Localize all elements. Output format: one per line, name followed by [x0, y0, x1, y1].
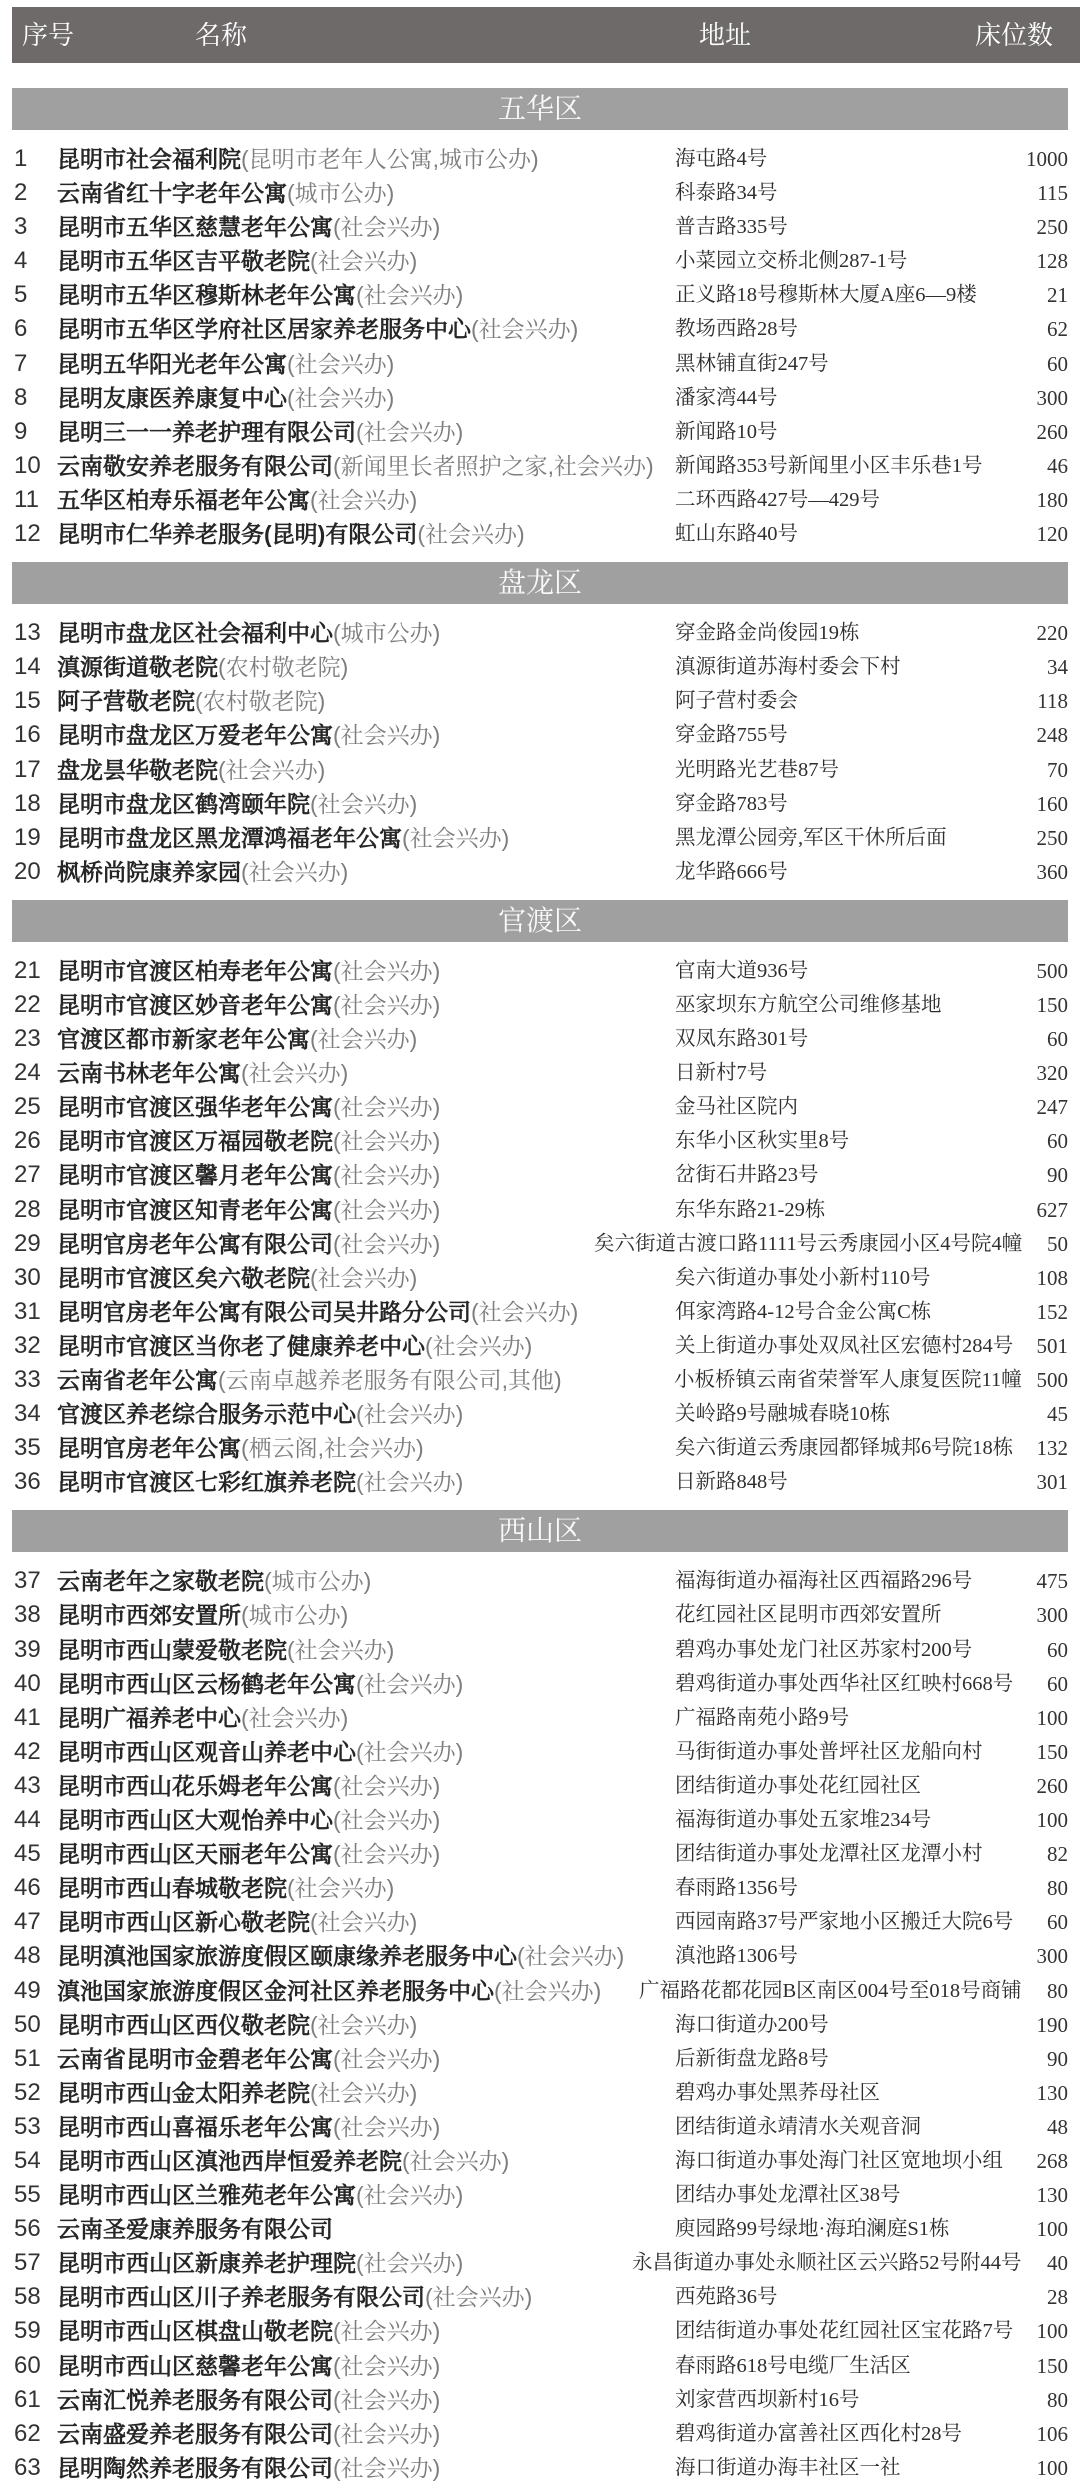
bed-count: 100 [1037, 2451, 1069, 2485]
row-number: 62 [14, 2417, 41, 2451]
facility-name: 昆明市西山喜福乐老年公寓(社会兴办) [57, 2110, 440, 2144]
facility-address: 滇池路1306号 [675, 1939, 798, 1973]
row-number: 6 [14, 312, 27, 346]
facility-name-main: 云南省昆明市金碧老年公寓 [57, 2046, 333, 2072]
facility-name: 官渡区养老综合服务示范中心(社会兴办) [57, 1397, 463, 1431]
column-header-name: 名称 [195, 7, 247, 63]
facility-address: 官南大道936号 [675, 954, 808, 988]
facility-type-note: (新闻里长者照护之家,社会兴办) [333, 453, 654, 479]
row-number: 47 [14, 1905, 41, 1939]
row-number: 27 [14, 1158, 41, 1192]
facility-name: 昆明市西郊安置所(城市公办) [57, 1598, 348, 1632]
table-row: 18昆明市盘龙区鹤湾颐年院(社会兴办)穿金路783号160 [0, 787, 1080, 821]
facility-name: 昆明市盘龙区万爱老年公寓(社会兴办) [57, 718, 440, 752]
bed-count: 115 [1037, 176, 1068, 210]
facility-name: 昆明市西山区滇池西岸恒爱养老院(社会兴办) [57, 2144, 509, 2178]
facility-type-note: (社会兴办) [241, 1705, 348, 1731]
bed-count: 60 [1047, 1905, 1068, 1939]
table-row: 19昆明市盘龙区黑龙潭鸿福老年公寓(社会兴办)黑龙潭公园旁,军区干休所后面250 [0, 821, 1080, 855]
table-row: 47昆明市西山区新心敬老院(社会兴办)西园南路37号严家地小区搬迁大院6号60 [0, 1905, 1080, 1939]
facility-type-note: (城市公办) [287, 180, 394, 206]
facility-name: 昆明市官渡区柏寿老年公寓(社会兴办) [57, 954, 440, 988]
facility-address: 刘家营西坝新村16号 [675, 2383, 860, 2417]
row-number: 23 [14, 1022, 41, 1056]
facility-type-note: (社会兴办) [333, 1231, 440, 1257]
row-number: 30 [14, 1261, 41, 1295]
facility-address: 滇源街道苏海村委会下村 [675, 650, 901, 684]
table-row: 50昆明市西山区西仪敬老院(社会兴办)海口街道办200号190 [0, 2008, 1080, 2042]
facility-name-main: 云南省老年公寓 [57, 1367, 218, 1393]
facility-address: 东华东路21-29栋 [675, 1193, 825, 1227]
facility-name: 云南盛爱养老服务有限公司(社会兴办) [57, 2417, 440, 2451]
facility-address: 日新路848号 [675, 1465, 788, 1499]
facility-type-note: (社会兴办) [402, 825, 509, 851]
facility-address: 广福路花都花园B区南区004号至018号商铺 [639, 1974, 1022, 2008]
facility-type-note: (社会兴办) [310, 248, 417, 274]
facility-type-note: (社会兴办) [310, 2080, 417, 2106]
facility-name: 昆明市西山区观音山养老中心(社会兴办) [57, 1735, 463, 1769]
row-number: 28 [14, 1193, 41, 1227]
facility-address: 佴家湾路4-12号合金公寓C栋 [675, 1295, 931, 1329]
bed-count: 150 [1037, 2349, 1069, 2383]
facility-name-main: 昆明陶然养老服务有限公司 [57, 2455, 333, 2481]
facility-name: 云南老年之家敬老院(城市公办) [57, 1564, 371, 1598]
facility-name-main: 昆明市西山区兰雅苑老年公寓 [57, 2182, 356, 2208]
facility-name-main: 昆明市西山区慈馨老年公寓 [57, 2353, 333, 2379]
facility-type-note: (社会兴办) [287, 1637, 394, 1663]
column-header-beds: 床位数 [975, 7, 1053, 63]
facility-type-note: (社会兴办) [310, 487, 417, 513]
table-row: 22昆明市官渡区妙音老年公寓(社会兴办)巫家坝东方航空公司维修基地150 [0, 988, 1080, 1022]
row-number: 14 [14, 650, 41, 684]
table-row: 36昆明市官渡区七彩红旗养老院(社会兴办)日新路848号301 [0, 1465, 1080, 1499]
bed-count: 100 [1037, 1803, 1069, 1837]
bed-count: 500 [1037, 1363, 1069, 1397]
row-number: 60 [14, 2349, 41, 2383]
table-row: 12昆明市仁华养老服务(昆明)有限公司(社会兴办)虹山东路40号120 [0, 517, 1080, 551]
facility-type-note: (社会兴办) [310, 1026, 417, 1052]
facility-name: 云南省红十字老年公寓(城市公办) [57, 176, 394, 210]
facility-type-note: (社会兴办) [310, 791, 417, 817]
facility-address: 海口街道办200号 [675, 2008, 829, 2042]
facility-address: 团结街道办事处龙潭社区龙潭小村 [675, 1837, 983, 1871]
facility-type-note: (社会兴办) [287, 1875, 394, 1901]
facility-address: 碧鸡办事处黑荞母社区 [675, 2076, 880, 2110]
facility-name-main: 云南书林老年公寓 [57, 1060, 241, 1086]
row-number: 63 [14, 2451, 41, 2485]
bed-count: 150 [1037, 988, 1069, 1022]
facility-name-main: 昆明市西郊安置所 [57, 1602, 241, 1628]
row-number: 15 [14, 684, 41, 718]
facility-type-note: (社会兴办) [310, 1909, 417, 1935]
table-row: 61云南汇悦养老服务有限公司(社会兴办)刘家营西坝新村16号80 [0, 2383, 1080, 2417]
row-number: 54 [14, 2144, 41, 2178]
facility-name: 昆明市西山区天丽老年公寓(社会兴办) [57, 1837, 440, 1871]
bed-count: 320 [1037, 1056, 1069, 1090]
facility-name-main: 昆明市官渡区万福园敬老院 [57, 1128, 333, 1154]
facility-address: 龙华路666号 [675, 855, 788, 889]
row-number: 24 [14, 1056, 41, 1090]
facility-name: 昆明市仁华养老服务(昆明)有限公司(社会兴办) [57, 517, 525, 551]
bed-count: 130 [1037, 2178, 1069, 2212]
facility-type-note: (社会兴办) [333, 2318, 440, 2344]
facility-name: 昆明广福养老中心(社会兴办) [57, 1701, 348, 1735]
facility-address: 双凤东路301号 [675, 1022, 808, 1056]
bed-count: 48 [1047, 2110, 1068, 2144]
facility-name-main: 昆明市官渡区知青老年公寓 [57, 1197, 333, 1223]
facility-type-note: (社会兴办) [417, 521, 524, 547]
facility-address: 福海街道办事处五家堆234号 [675, 1803, 931, 1837]
table-row: 11五华区柏寿乐福老年公寓(社会兴办)二环西路427号—429号180 [0, 483, 1080, 517]
facility-address: 矣六街道办事处小新村110号 [675, 1261, 931, 1295]
facility-name-main: 昆明市官渡区强华老年公寓 [57, 1094, 333, 1120]
column-header-no: 序号 [22, 7, 74, 63]
row-number: 59 [14, 2314, 41, 2348]
table-row: 58昆明市西山区川子养老服务有限公司(社会兴办)西苑路36号28 [0, 2280, 1080, 2314]
row-number: 45 [14, 1837, 41, 1871]
table-row: 57昆明市西山区新康养老护理院(社会兴办)永昌街道办事处永顺社区云兴路52号附4… [0, 2246, 1080, 2280]
facility-name-main: 云南老年之家敬老院 [57, 1568, 264, 1594]
facility-address: 碧鸡办事处龙门社区苏家村200号 [675, 1633, 972, 1667]
facility-address: 矣六街道古渡口路1111号云秀康园小区4号院4幢 [594, 1227, 1022, 1261]
row-number: 40 [14, 1667, 41, 1701]
table-row: 31昆明官房老年公寓有限公司吴井路分公司(社会兴办)佴家湾路4-12号合金公寓C… [0, 1295, 1080, 1329]
bed-count: 90 [1047, 1158, 1068, 1192]
facility-name: 昆明市盘龙区黑龙潭鸿福老年公寓(社会兴办) [57, 821, 509, 855]
facility-address: 春雨路618号电缆厂生活区 [675, 2349, 911, 2383]
facility-type-note: (社会兴办) [425, 2284, 532, 2310]
facility-name-main: 云南盛爱养老服务有限公司 [57, 2421, 333, 2447]
facility-address: 团结街道永靖清水关观音洞 [675, 2110, 921, 2144]
facility-address: 潘家湾44号 [675, 381, 778, 415]
facility-type-note: (社会兴办) [471, 1299, 578, 1325]
district-rows: 13昆明市盘龙区社会福利中心(城市公办)穿金路金尚俊园19栋22014滇源街道敬… [0, 604, 1080, 889]
district-rows: 1昆明市社会福利院(昆明市老年人公寓,城市公办)海屯路4号10002云南省红十字… [0, 130, 1080, 551]
facility-type-note: (社会兴办) [333, 958, 440, 984]
row-number: 44 [14, 1803, 41, 1837]
facility-type-note: (昆明市老年人公寓,城市公办) [241, 146, 539, 172]
row-number: 18 [14, 787, 41, 821]
district-header: 官渡区 [12, 900, 1068, 942]
facility-address: 春雨路1356号 [675, 1871, 798, 1905]
table-row: 35昆明官房老年公寓(栖云阁,社会兴办)矣六街道云秀康园都铎城邦6号院18栋13… [0, 1431, 1080, 1465]
facility-type-note: (社会兴办) [333, 1128, 440, 1154]
facility-name: 昆明市官渡区馨月老年公寓(社会兴办) [57, 1158, 440, 1192]
row-number: 13 [14, 616, 41, 650]
bed-count: 21 [1047, 278, 1068, 312]
facility-type-note: (社会兴办) [333, 214, 440, 240]
facility-name-main: 昆明市西山区滇池西岸恒爱养老院 [57, 2148, 402, 2174]
facility-name: 云南省昆明市金碧老年公寓(社会兴办) [57, 2042, 440, 2076]
row-number: 21 [14, 954, 41, 988]
bed-count: 152 [1037, 1295, 1069, 1329]
table-row: 62云南盛爱养老服务有限公司(社会兴办)碧鸡街道办富善社区西化村28号106 [0, 2417, 1080, 2451]
table-row: 34官渡区养老综合服务示范中心(社会兴办)关岭路9号融城春晓10栋45 [0, 1397, 1080, 1431]
facility-address: 永昌街道办事处永顺社区云兴路52号附44号 [632, 2246, 1022, 2280]
table-row: 46昆明市西山春城敬老院(社会兴办)春雨路1356号80 [0, 1871, 1080, 1905]
facility-type-note: (栖云阁,社会兴办) [241, 1435, 424, 1461]
facility-address: 花红园社区昆明市西郊安置所 [675, 1598, 942, 1632]
table-row: 44昆明市西山区大观怡养中心(社会兴办)福海街道办事处五家堆234号100 [0, 1803, 1080, 1837]
facility-name: 昆明市官渡区妙音老年公寓(社会兴办) [57, 988, 440, 1022]
facility-name-main: 昆明市西山蒙爱敬老院 [57, 1637, 287, 1663]
facility-type-note: (社会兴办) [333, 2046, 440, 2072]
bed-count: 46 [1047, 449, 1068, 483]
facility-name-main: 昆明市五华区穆斯林老年公寓 [57, 282, 356, 308]
facility-name-main: 昆明市官渡区七彩红旗养老院 [57, 1469, 356, 1495]
row-number: 10 [14, 449, 41, 483]
facility-name: 昆明市官渡区万福园敬老院(社会兴办) [57, 1124, 440, 1158]
bed-count: 90 [1047, 2042, 1068, 2076]
facility-type-note: (社会兴办) [356, 1469, 463, 1495]
facility-address: 广福路南苑小路9号 [675, 1701, 849, 1735]
facility-address: 海屯路4号 [675, 142, 767, 176]
district-header: 西山区 [12, 1510, 1068, 1552]
facility-name: 云南汇悦养老服务有限公司(社会兴办) [57, 2383, 440, 2417]
facility-type-note: (社会兴办) [310, 2012, 417, 2038]
row-number: 35 [14, 1431, 41, 1465]
facility-type-note: (城市公办) [333, 620, 440, 646]
bed-count: 247 [1037, 1090, 1069, 1124]
facility-name-main: 昆明市五华区慈慧老年公寓 [57, 214, 333, 240]
facility-address: 普吉路335号 [675, 210, 788, 244]
facility-name: 昆明市西山区新康养老护理院(社会兴办) [57, 2246, 463, 2280]
table-row: 30昆明市官渡区矣六敬老院(社会兴办)矣六街道办事处小新村110号108 [0, 1261, 1080, 1295]
facility-name: 昆明官房老年公寓(栖云阁,社会兴办) [57, 1431, 424, 1465]
facility-type-note: (社会兴办) [333, 2455, 440, 2481]
row-number: 52 [14, 2076, 41, 2110]
bed-count: 130 [1037, 2076, 1069, 2110]
facility-name-main: 昆明市西山区天丽老年公寓 [57, 1841, 333, 1867]
facility-name-main: 昆明市五华区学府社区居家养老服务中心 [57, 316, 471, 342]
table-row: 5昆明市五华区穆斯林老年公寓(社会兴办)正义路18号穆斯林大厦A座6—9楼21 [0, 278, 1080, 312]
bed-count: 248 [1037, 718, 1069, 752]
row-number: 5 [14, 278, 27, 312]
column-header-address: 地址 [699, 7, 751, 63]
facility-name-main: 昆明市西山区西仪敬老院 [57, 2012, 310, 2038]
table-row: 59昆明市西山区棋盘山敬老院(社会兴办)团结街道办事处花红园社区宝花路7号100 [0, 2314, 1080, 2348]
table-row: 27昆明市官渡区馨月老年公寓(社会兴办)岔街石井路23号90 [0, 1158, 1080, 1192]
bed-count: 60 [1047, 1124, 1068, 1158]
facility-type-note: (社会兴办) [333, 1094, 440, 1120]
facility-type-note: (社会兴办) [218, 757, 325, 783]
facility-name: 昆明市五华区穆斯林老年公寓(社会兴办) [57, 278, 463, 312]
facility-name: 昆明市官渡区强华老年公寓(社会兴办) [57, 1090, 440, 1124]
facility-name: 云南省老年公寓(云南卓越养老服务有限公司,其他) [57, 1363, 562, 1397]
facility-name: 昆明市社会福利院(昆明市老年人公寓,城市公办) [57, 142, 539, 176]
facility-name-main: 昆明市盘龙区万爱老年公寓 [57, 722, 333, 748]
district-section: 盘龙区13昆明市盘龙区社会福利中心(城市公办)穿金路金尚俊园19栋22014滇源… [0, 562, 1080, 889]
row-number: 2 [14, 176, 27, 210]
facility-type-note: (社会兴办) [402, 2148, 509, 2174]
facility-name: 云南书林老年公寓(社会兴办) [57, 1056, 348, 1090]
bed-count: 82 [1047, 1837, 1068, 1871]
row-number: 7 [14, 347, 27, 381]
table-row: 24云南书林老年公寓(社会兴办)日新村7号320 [0, 1056, 1080, 1090]
facility-name-main: 昆明市西山区棋盘山敬老院 [57, 2318, 333, 2344]
row-number: 55 [14, 2178, 41, 2212]
facility-address: 福海街道办福海社区西福路296号 [675, 1564, 972, 1598]
facility-type-note: (社会兴办) [356, 2182, 463, 2208]
facility-address: 团结街道办事处花红园社区宝花路7号 [675, 2314, 1013, 2348]
table-row: 33云南省老年公寓(云南卓越养老服务有限公司,其他)小板桥镇云南省荣誉军人康复医… [0, 1363, 1080, 1397]
facility-name: 云南圣爱康养服务有限公司 [57, 2212, 333, 2246]
facility-type-note: (社会兴办) [333, 722, 440, 748]
facility-name: 阿子营敬老院(农村敬老院) [57, 684, 325, 718]
facility-name-main: 昆明市西山花乐姆老年公寓 [57, 1773, 333, 1799]
facility-type-note: (社会兴办) [333, 1807, 440, 1833]
facility-address: 团结街道办事处花红园社区 [675, 1769, 921, 1803]
row-number: 50 [14, 2008, 41, 2042]
table-header: 序号 名称 地址 床位数 [12, 7, 1080, 63]
table-row: 49滇池国家旅游度假区金河社区养老服务中心(社会兴办)广福路花都花园B区南区00… [0, 1974, 1080, 2008]
table-row: 2云南省红十字老年公寓(城市公办)科泰路34号115 [0, 176, 1080, 210]
table-row: 45昆明市西山区天丽老年公寓(社会兴办)团结街道办事处龙潭社区龙潭小村82 [0, 1837, 1080, 1871]
facility-name-main: 昆明市官渡区矣六敬老院 [57, 1265, 310, 1291]
facility-type-note: (云南卓越养老服务有限公司,其他) [218, 1367, 562, 1393]
facility-type-note: (社会兴办) [356, 282, 463, 308]
bed-count: 40 [1047, 2246, 1068, 2280]
facility-name: 昆明市西山区西仪敬老院(社会兴办) [57, 2008, 417, 2042]
district-rows: 37云南老年之家敬老院(城市公办)福海街道办福海社区西福路296号47538昆明… [0, 1552, 1080, 2485]
facility-name-main: 昆明市盘龙区社会福利中心 [57, 620, 333, 646]
table-row: 32昆明市官渡区当你老了健康养老中心(社会兴办)关上街道办事处双凤社区宏德村28… [0, 1329, 1080, 1363]
facility-address: 日新村7号 [675, 1056, 767, 1090]
table-row: 54昆明市西山区滇池西岸恒爱养老院(社会兴办)海口街道办事处海门社区宽地坝小组2… [0, 2144, 1080, 2178]
table-row: 26昆明市官渡区万福园敬老院(社会兴办)东华小区秋实里8号60 [0, 1124, 1080, 1158]
row-number: 58 [14, 2280, 41, 2314]
bed-count: 62 [1047, 312, 1068, 346]
facility-address: 海口街道办海丰社区一社 [675, 2451, 901, 2485]
row-number: 19 [14, 821, 41, 855]
facility-address: 后新街盘龙路8号 [675, 2042, 829, 2076]
table-row: 17盘龙昙华敬老院(社会兴办)光明路光艺巷87号70 [0, 753, 1080, 787]
facility-name-main: 盘龙昙华敬老院 [57, 757, 218, 783]
table-row: 60昆明市西山区慈馨老年公寓(社会兴办)春雨路618号电缆厂生活区150 [0, 2349, 1080, 2383]
row-number: 12 [14, 517, 41, 551]
facility-type-note: (社会兴办) [356, 1739, 463, 1765]
district-section: 西山区37云南老年之家敬老院(城市公办)福海街道办福海社区西福路296号4753… [0, 1510, 1080, 2485]
facility-name-main: 昆明市五华区吉平敬老院 [57, 248, 310, 274]
row-number: 33 [14, 1363, 41, 1397]
facility-name: 昆明三一一养老护理有限公司(社会兴办) [57, 415, 463, 449]
bed-count: 268 [1037, 2144, 1069, 2178]
facility-address: 穿金路755号 [675, 718, 788, 752]
bed-count: 120 [1037, 517, 1069, 551]
facility-name: 盘龙昙华敬老院(社会兴办) [57, 753, 325, 787]
facility-name: 滇池国家旅游度假区金河社区养老服务中心(社会兴办) [57, 1974, 601, 2008]
table-row: 3昆明市五华区慈慧老年公寓(社会兴办)普吉路335号250 [0, 210, 1080, 244]
bed-count: 28 [1047, 2280, 1068, 2314]
bed-count: 108 [1037, 1261, 1069, 1295]
facility-name: 昆明市西山区慈馨老年公寓(社会兴办) [57, 2349, 440, 2383]
facility-type-note: (社会兴办) [287, 351, 394, 377]
facility-address: 西苑路36号 [675, 2280, 778, 2314]
facility-name: 官渡区都市新家老年公寓(社会兴办) [57, 1022, 417, 1056]
table-row: 28昆明市官渡区知青老年公寓(社会兴办)东华东路21-29栋627 [0, 1193, 1080, 1227]
bed-count: 60 [1047, 1022, 1068, 1056]
facility-type-note: (城市公办) [241, 1602, 348, 1628]
table-row: 29昆明官房老年公寓有限公司(社会兴办)矣六街道古渡口路1111号云秀康园小区4… [0, 1227, 1080, 1261]
facility-name-main: 云南圣爱康养服务有限公司 [57, 2216, 333, 2242]
facility-name: 五华区柏寿乐福老年公寓(社会兴办) [57, 483, 417, 517]
table-row: 51云南省昆明市金碧老年公寓(社会兴办)后新街盘龙路8号90 [0, 2042, 1080, 2076]
facility-name-main: 昆明市社会福利院 [57, 146, 241, 172]
facility-address: 矣六街道云秀康园都铎城邦6号院18栋 [675, 1431, 1013, 1465]
facility-type-note: (社会兴办) [333, 992, 440, 1018]
row-number: 49 [14, 1974, 41, 2008]
facility-name: 昆明市官渡区知青老年公寓(社会兴办) [57, 1193, 440, 1227]
facility-name-main: 云南敬安养老服务有限公司 [57, 453, 333, 479]
facility-name-main: 昆明市西山区云杨鹤老年公寓 [57, 1671, 356, 1697]
row-number: 39 [14, 1633, 41, 1667]
bed-count: 60 [1047, 347, 1068, 381]
facility-name-main: 阿子营敬老院 [57, 688, 195, 714]
facility-name-main: 昆明三一一养老护理有限公司 [57, 419, 356, 445]
facility-address: 穿金路金尚俊园19栋 [675, 616, 860, 650]
facility-type-note: (社会兴办) [425, 1333, 532, 1359]
bed-count: 300 [1037, 1598, 1069, 1632]
bed-count: 301 [1037, 1465, 1069, 1499]
facility-name: 昆明市五华区吉平敬老院(社会兴办) [57, 244, 417, 278]
facility-address: 马街街道办事处普坪社区龙船向村 [675, 1735, 983, 1769]
table-row: 16昆明市盘龙区万爱老年公寓(社会兴办)穿金路755号248 [0, 718, 1080, 752]
table-row: 53昆明市西山喜福乐老年公寓(社会兴办)团结街道永靖清水关观音洞48 [0, 2110, 1080, 2144]
facility-name-main: 昆明市西山区川子养老服务有限公司 [57, 2284, 425, 2310]
row-number: 51 [14, 2042, 41, 2076]
row-number: 34 [14, 1397, 41, 1431]
facility-name: 昆明市官渡区矣六敬老院(社会兴办) [57, 1261, 417, 1295]
row-number: 41 [14, 1701, 41, 1735]
bed-count: 250 [1037, 210, 1069, 244]
bed-count: 34 [1047, 650, 1068, 684]
facility-name-main: 昆明官房老年公寓有限公司 [57, 1231, 333, 1257]
facility-name: 昆明友康医养康复中心(社会兴办) [57, 381, 394, 415]
bed-count: 60 [1047, 1633, 1068, 1667]
facility-name: 昆明市官渡区当你老了健康养老中心(社会兴办) [57, 1329, 532, 1363]
row-number: 43 [14, 1769, 41, 1803]
facility-address: 海口街道办事处海门社区宽地坝小组 [675, 2144, 1003, 2178]
facility-name: 云南敬安养老服务有限公司(新闻里长者照护之家,社会兴办) [57, 449, 654, 483]
facility-name: 昆明市五华区慈慧老年公寓(社会兴办) [57, 210, 440, 244]
facility-name: 昆明市西山金太阳养老院(社会兴办) [57, 2076, 417, 2110]
facility-name-main: 昆明市西山春城敬老院 [57, 1875, 287, 1901]
facility-type-note: (社会兴办) [333, 2421, 440, 2447]
bed-count: 220 [1037, 616, 1069, 650]
facility-name: 昆明市西山区大观怡养中心(社会兴办) [57, 1803, 440, 1837]
facility-name-main: 昆明市西山区观音山养老中心 [57, 1739, 356, 1765]
facility-address: 团结办事处龙潭社区38号 [675, 2178, 901, 2212]
facility-address: 黑林铺直街247号 [675, 347, 829, 381]
bed-count: 260 [1037, 415, 1069, 449]
facility-address: 岔街石井路23号 [675, 1158, 819, 1192]
district-section: 官渡区21昆明市官渡区柏寿老年公寓(社会兴办)官南大道936号50022昆明市官… [0, 900, 1080, 1500]
facility-type-note: (社会兴办) [287, 385, 394, 411]
facility-type-note: (社会兴办) [333, 2114, 440, 2140]
facility-address: 科泰路34号 [675, 176, 778, 210]
row-number: 25 [14, 1090, 41, 1124]
facility-name-main: 昆明市西山金太阳养老院 [57, 2080, 310, 2106]
row-number: 8 [14, 381, 27, 415]
facility-address: 虹山东路40号 [675, 517, 798, 551]
facility-address: 关上街道办事处双凤社区宏德村284号 [675, 1329, 1013, 1363]
table-row: 7昆明五华阳光老年公寓(社会兴办)黑林铺直街247号60 [0, 347, 1080, 381]
facility-name-main: 昆明广福养老中心 [57, 1705, 241, 1731]
table-row: 52昆明市西山金太阳养老院(社会兴办)碧鸡办事处黑荞母社区130 [0, 2076, 1080, 2110]
facility-address: 碧鸡街道办事处西华社区红映村668号 [675, 1667, 1013, 1701]
bed-count: 190 [1037, 2008, 1069, 2042]
table-row: 20枫桥尚院康养家园(社会兴办)龙华路666号360 [0, 855, 1080, 889]
